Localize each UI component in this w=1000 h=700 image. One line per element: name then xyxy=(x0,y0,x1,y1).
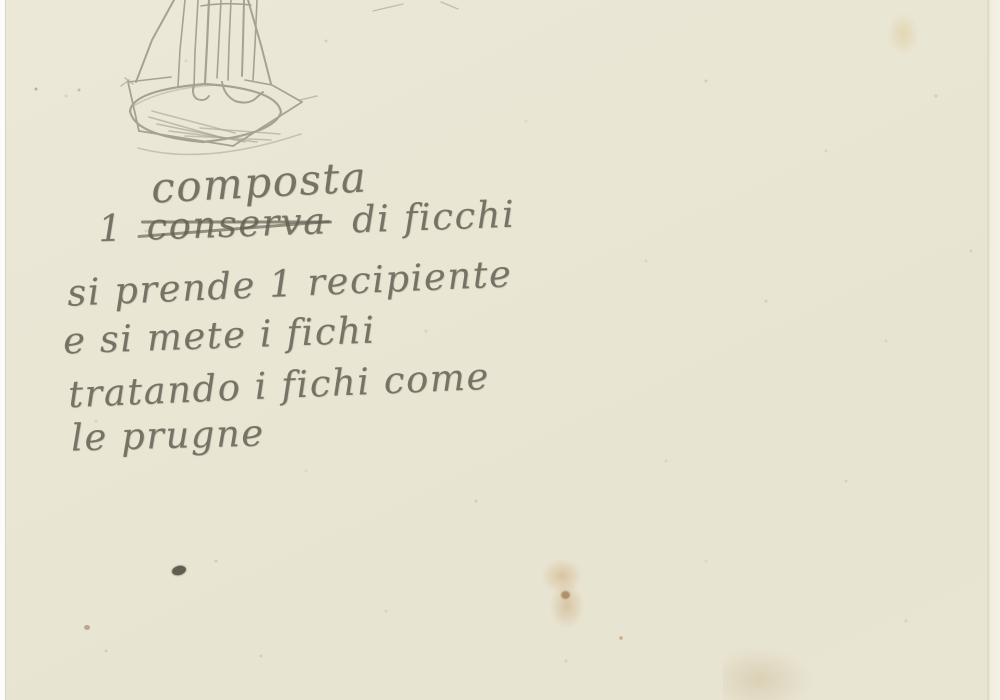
paper-sheet: composta 1 conserva di ficchi si prende … xyxy=(5,0,1000,700)
handwritten-line-4: tratando i fichi come xyxy=(67,355,490,416)
small-brown-dot xyxy=(84,625,90,630)
statue-sketch xyxy=(105,0,335,170)
gray-pencil-blot xyxy=(171,564,187,576)
line1-number: 1 xyxy=(97,206,124,250)
handwritten-line-3: e si mete i fichi xyxy=(62,309,376,363)
paper-right-edge xyxy=(987,0,1000,700)
scan-left-edge xyxy=(0,0,6,700)
handwritten-line-5: le prugne xyxy=(70,411,265,459)
brown-stain-lower xyxy=(549,582,585,630)
stray-pencil-marks xyxy=(365,0,475,20)
line1-struck-word: conserva xyxy=(146,199,328,248)
line1-rest: di ficchi xyxy=(351,193,516,242)
handwritten-line-2: si prende 1 recipiente xyxy=(66,252,513,314)
bottom-tan-smudge xyxy=(723,645,813,700)
brown-stain-core xyxy=(561,591,570,599)
scan-background: composta 1 conserva di ficchi si prende … xyxy=(0,0,1000,700)
top-right-yellow-stain xyxy=(887,12,919,56)
